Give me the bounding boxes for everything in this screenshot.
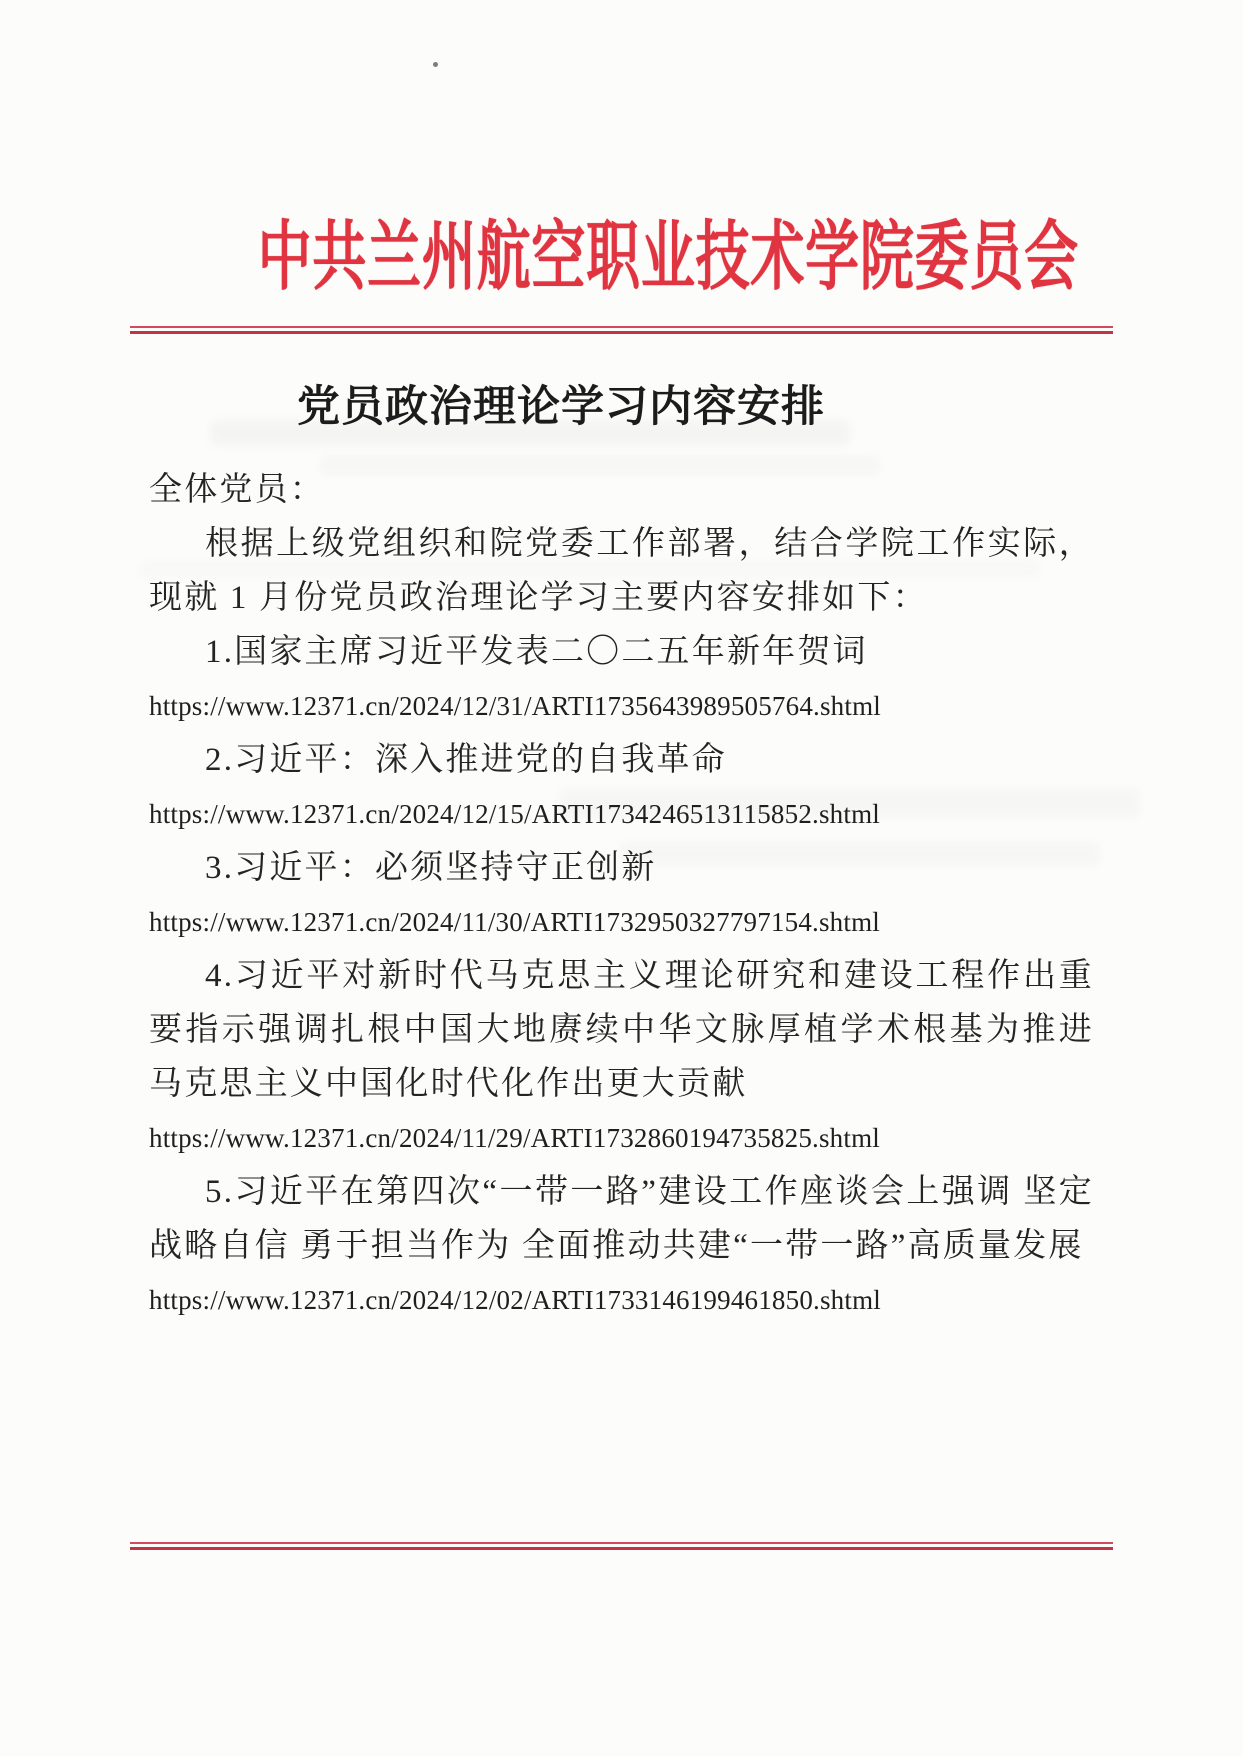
intro-paragraph: 根据上级党组织和院党委工作部署，结合学院工作实际，现就 1 月份党员政治理论学习… [149,517,1094,625]
salutation: 全体党员： [149,463,1094,517]
document-title: 党员政治理论学习内容安排 [0,373,1122,434]
study-item-4: 4.习近平对新时代马克思主义理论研究和建设工程作出重要指示强调扎根中国大地赓续中… [149,949,1094,1111]
study-item-2: 2.习近平：深入推进党的自我革命 [149,733,1094,787]
study-item-3: 3.习近平：必须坚持守正创新 [149,841,1094,895]
footer-divider [130,1542,1113,1551]
letterhead-title: 中共兰州航空职业技术学院委员会 [258,197,851,305]
header-divider [130,326,1113,335]
document-page: 中共兰州航空职业技术学院委员会 党员政治理论学习内容安排 全体党员： 根据上级党… [0,0,1243,1756]
study-item-1: 1.国家主席习近平发表二〇二五年新年贺词 [149,625,1094,679]
scan-speck [433,62,438,67]
study-item-4-url: https://www.12371.cn/2024/11/29/ARTI1732… [149,1111,1094,1165]
study-item-3-url: https://www.12371.cn/2024/11/30/ARTI1732… [149,895,1094,949]
document-body: 全体党员： 根据上级党组织和院党委工作部署，结合学院工作实际，现就 1 月份党员… [149,463,1094,1327]
study-item-1-url: https://www.12371.cn/2024/12/31/ARTI1735… [149,679,1094,733]
study-item-2-url: https://www.12371.cn/2024/12/15/ARTI1734… [149,787,1094,841]
study-item-5: 5.习近平在第四次“一带一路”建设工作座谈会上强调 坚定战略自信 勇于担当作为 … [149,1165,1094,1273]
study-item-5-url: https://www.12371.cn/2024/12/02/ARTI1733… [149,1273,1094,1327]
